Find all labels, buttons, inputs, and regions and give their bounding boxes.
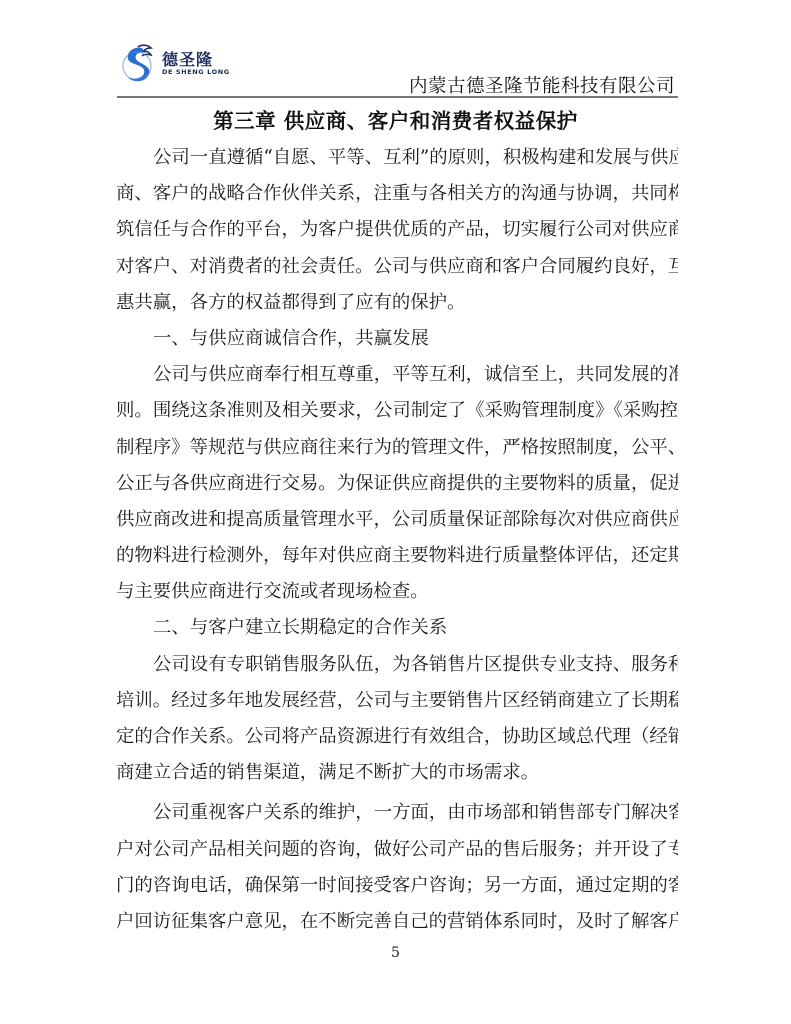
paragraph-sales-team: 公司设有专职销售服务队伍，为各销售片区提供专业支持、服务和 培训。经过多年地发展… <box>116 647 678 792</box>
text-line: 门的咨询电话，确保第一时间接受客户咨询；另一方面，通过定期的客 <box>116 868 678 904</box>
text-line: 供应商改进和提高质量管理水平，公司质量保证部除每次对供应商供应 <box>116 502 678 538</box>
text-line: 商建立合适的销售渠道，满足不断扩大的市场需求。 <box>116 755 678 791</box>
text-line: 公司与供应商奉行相互尊重，平等互利，诚信至上，共同发展的准 <box>116 357 678 393</box>
text-line: 公司重视客户关系的维护，一方面，由市场部和销售部专门解决客 <box>116 795 678 831</box>
company-logo: 德圣隆 DE SHENG LONG <box>116 38 231 86</box>
chapter-title: 第三章 供应商、客户和消费者权益保护 <box>0 104 791 134</box>
company-name: 内蒙古德圣隆节能科技有限公司 <box>409 72 675 98</box>
text-line: 对客户、对消费者的社会责任。公司与供应商和客户合同履约良好，互 <box>116 249 678 285</box>
text-line: 公正与各供应商进行交易。为保证供应商提供的主要物料的质量，促进 <box>116 466 678 502</box>
section-heading-customers: 二、与客户建立长期稳定的合作关系 <box>116 610 678 646</box>
header-divider <box>117 96 678 98</box>
document-body: 公司一直遵循“自愿、平等、互利”的原则，积极构建和发展与供应 商、客户的战略合作… <box>116 140 678 940</box>
logo-name-en: DE SHENG LONG <box>162 68 230 76</box>
text-line: 公司一直遵循“自愿、平等、互利”的原则，积极构建和发展与供应 <box>116 140 678 176</box>
text-line: 筑信任与合作的平台，为客户提供优质的产品，切实履行公司对供应商、 <box>116 212 678 248</box>
logo-name-cn: 德圣隆 <box>162 47 213 70</box>
text-line: 培训。经过多年地发展经营，公司与主要销售片区经销商建立了长期稳 <box>116 683 678 719</box>
text-line: 则。围绕这条准则及相关要求，公司制定了《采购管理制度》《采购控 <box>116 393 678 429</box>
text-line: 户回访征集客户意见，在不断完善自己的营销体系同时，及时了解客户 <box>116 904 678 940</box>
page-number: 5 <box>0 945 791 961</box>
text-line: 惠共赢，各方的权益都得到了应有的保护。 <box>116 285 678 321</box>
text-line: 公司设有专职销售服务队伍，为各销售片区提供专业支持、服务和 <box>116 647 678 683</box>
section-heading-suppliers: 一、与供应商诚信合作，共赢发展 <box>116 321 678 357</box>
text-line: 定的合作关系。公司将产品资源进行有效组合，协助区域总代理（经销） <box>116 719 678 755</box>
dragon-s-logo-icon <box>120 44 154 84</box>
paragraph-suppliers: 公司与供应商奉行相互尊重，平等互利，诚信至上，共同发展的准 则。围绕这条准则及相… <box>116 357 678 610</box>
text-line: 制程序》等规范与供应商往来行为的管理文件，严格按照制度，公平、 <box>116 430 678 466</box>
paragraph-intro: 公司一直遵循“自愿、平等、互利”的原则，积极构建和发展与供应 商、客户的战略合作… <box>116 140 678 321</box>
text-line: 商、客户的战略合作伙伴关系，注重与各相关方的沟通与协调，共同构 <box>116 176 678 212</box>
paragraph-customer-relations: 公司重视客户关系的维护，一方面，由市场部和销售部专门解决客 户对公司产品相关问题… <box>116 795 678 940</box>
text-line: 与主要供应商进行交流或者现场检查。 <box>116 574 678 610</box>
text-line: 的物料进行检测外，每年对供应商主要物料进行质量整体评估，还定期 <box>116 538 678 574</box>
text-line: 户对公司产品相关问题的咨询，做好公司产品的售后服务；并开设了专 <box>116 832 678 868</box>
